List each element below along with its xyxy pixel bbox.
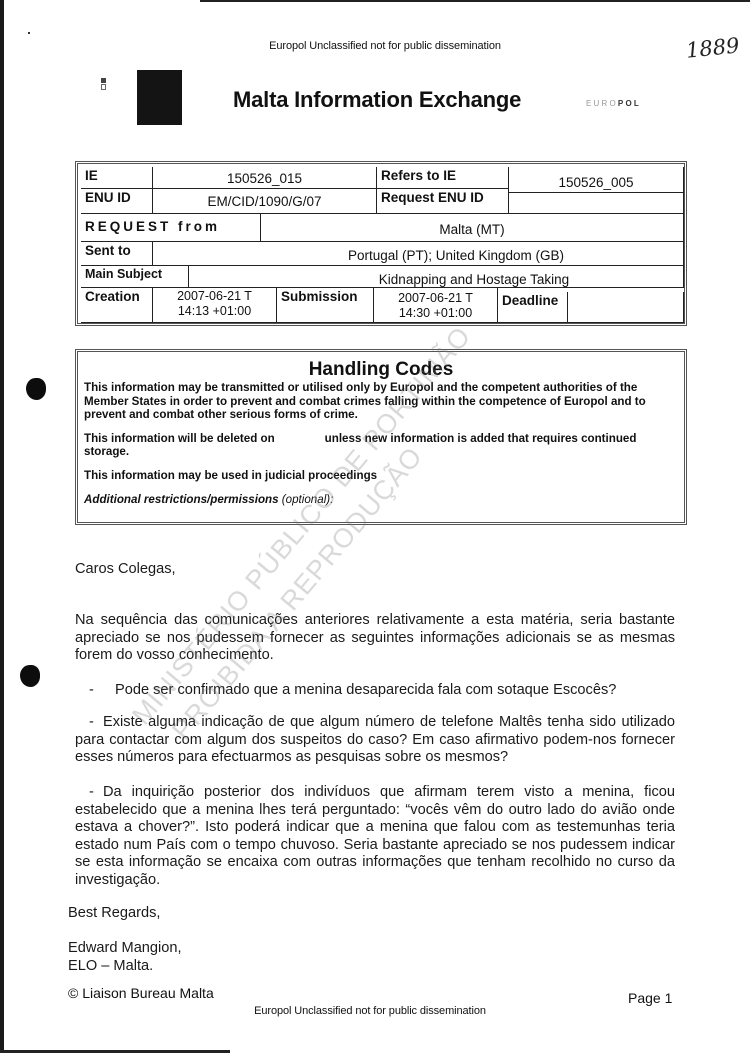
request-from-value: Malta (MT) [261, 214, 684, 242]
scan-edge-top [200, 0, 750, 2]
refers-to-ie-value: 150526_005 [509, 167, 684, 193]
deadline-value [568, 292, 684, 323]
handling-codes-box: Handling Codes This information may be t… [75, 349, 687, 525]
bullet-dash: - [75, 784, 103, 802]
main-subject-label: Main Subject [81, 266, 189, 288]
request-enu-id-value [509, 193, 684, 214]
letter-greeting: Caros Colegas, [75, 561, 675, 579]
letter-bullet-3: -Da inquirição posterior dos indivíduos … [75, 784, 675, 889]
request-from-label: REQUEST from [81, 214, 261, 242]
page-number: Page 1 [628, 990, 672, 1006]
enu-id-label: ENU ID [81, 189, 153, 214]
letter-bullet-2: -Existe alguma indicação de que algum nú… [75, 714, 675, 767]
handling-codes-title: Handling Codes [84, 359, 678, 381]
bullet-text: Pode ser confirmado que a menina desapar… [115, 682, 616, 698]
classification-header: Europol Unclassified not for public diss… [0, 40, 750, 52]
classification-footer: Europol Unclassified not for public diss… [0, 1005, 740, 1017]
submission-value: 2007-06-21 T 14:30 +01:00 [374, 288, 498, 323]
document-title: Malta Information Exchange [233, 87, 521, 113]
request-from-text: REQUEST from [85, 219, 220, 234]
main-subject-value: Kidnapping and Hostage Taking [189, 266, 684, 288]
letter-bullet-1: -Pode ser confirmado que a menina desapa… [75, 682, 675, 700]
footer-copyright: © Liaison Bureau Malta [68, 985, 214, 1001]
malta-emblem-icon [98, 76, 110, 92]
info-exchange-table: IE 150526_015 Refers to IE 150526_005 EN… [75, 161, 687, 326]
punch-hole [26, 378, 46, 400]
deadline-label: Deadline [498, 292, 568, 323]
scan-speck [28, 32, 30, 34]
submission-time: 14:30 +01:00 [378, 306, 493, 321]
sent-to-value: Portugal (PT); United Kingdom (GB) [153, 242, 684, 266]
submission-date: 2007-06-21 T [378, 291, 493, 306]
creation-time: 14:13 +01:00 [157, 304, 272, 319]
europol-logo-bold: POL [618, 99, 641, 108]
additional-restrictions-optional: (optional): [282, 493, 334, 506]
bullet-dash: - [75, 714, 103, 732]
creation-value: 2007-06-21 T 14:13 +01:00 [153, 288, 277, 323]
creation-label: Creation [81, 288, 153, 323]
additional-restrictions: Additional restrictions/permissions (opt… [84, 493, 678, 507]
ie-label: IE [81, 167, 153, 189]
europol-logo-light: EURO [586, 99, 618, 108]
ie-value: 150526_015 [153, 167, 377, 189]
handwritten-page-number: 1889 [685, 33, 741, 62]
signature-name: Edward Mangion, [68, 940, 668, 958]
handling-codes-paragraph-2: This information will be deleted onunles… [84, 432, 678, 459]
bullet-dash: - [75, 682, 115, 700]
deletion-text-start: This information will be deleted on [84, 432, 275, 445]
europol-logo: EUROPOL [586, 99, 641, 108]
redacted-block [137, 70, 182, 125]
handling-codes-paragraph-1: This information may be transmitted or u… [84, 381, 678, 422]
letter-intro: Na sequência das comunicações anteriores… [75, 612, 675, 665]
creation-date: 2007-06-21 T [157, 289, 272, 304]
bullet-text: Existe alguma indicação de que algum núm… [75, 714, 675, 765]
scan-edge-left [0, 0, 4, 1053]
request-enu-id-label: Request ENU ID [377, 189, 509, 214]
signature-title: ELO – Malta. [68, 958, 668, 976]
handling-codes-paragraph-3: This information may be used in judicial… [84, 469, 678, 483]
submission-label: Submission [277, 288, 374, 323]
bullet-text: Da inquirição posterior dos indivíduos q… [75, 784, 675, 888]
additional-restrictions-label: Additional restrictions/permissions [84, 493, 279, 506]
refers-to-ie-label: Refers to IE [377, 167, 509, 189]
enu-id-value: EM/CID/1090/G/07 [153, 189, 377, 214]
punch-hole [20, 665, 40, 687]
letter-closing: Best Regards, [68, 905, 668, 923]
sent-to-label: Sent to [81, 242, 153, 266]
